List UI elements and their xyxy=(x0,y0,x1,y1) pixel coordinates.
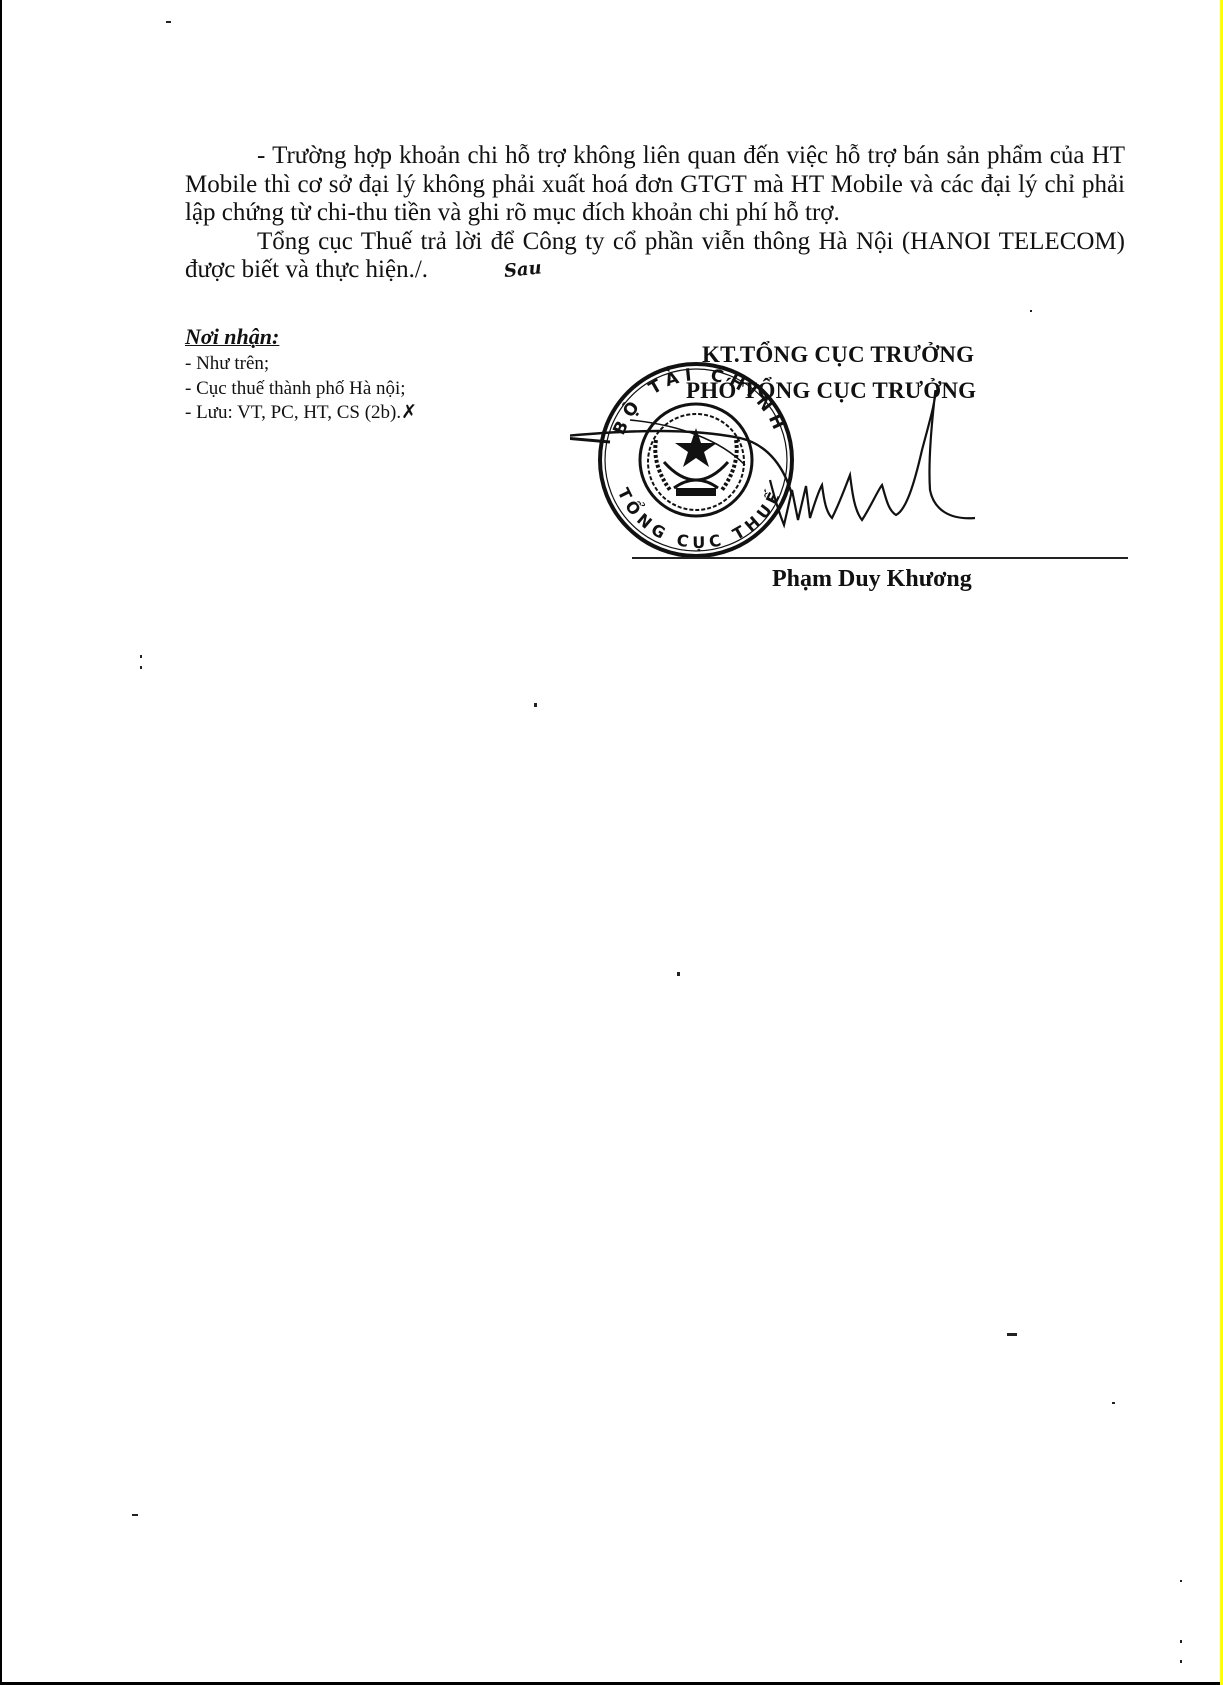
handwritten-signature xyxy=(570,390,1070,550)
recipient-item: - Cục thuế thành phố Hà nội; xyxy=(185,377,417,402)
scan-speck xyxy=(677,972,680,976)
scan-speck xyxy=(1180,1640,1182,1643)
scan-speck xyxy=(1030,310,1032,312)
scan-speck xyxy=(534,703,537,707)
scan-speck xyxy=(166,21,171,23)
letter-body: - Trường hợp khoản chi hỗ trợ không liên… xyxy=(185,142,1125,287)
signer-name: Phạm Duy Khương xyxy=(772,566,972,593)
scan-speck xyxy=(140,655,142,658)
signature-title-line-1: KT.TỔNG CỤC TRƯỞNG xyxy=(702,342,974,368)
recipient-item: - Như trên; xyxy=(185,352,417,377)
scan-speck xyxy=(1180,1660,1182,1663)
recipients-block: Nơi nhận: - Như trên; - Cục thuế thành p… xyxy=(185,324,417,426)
scan-speck xyxy=(1007,1333,1017,1336)
document-page: - Trường hợp khoản chi hỗ trợ không liên… xyxy=(0,0,1223,1685)
paragraph-support-expense: - Trường hợp khoản chi hỗ trợ không liên… xyxy=(185,142,1125,228)
paragraph-closing: Tổng cục Thuế trả lời để Công ty cổ phần… xyxy=(185,228,1125,287)
scan-speck xyxy=(1180,1580,1182,1582)
signature-title-line-2: PHÓ TỔNG CỤC TRƯỞNG xyxy=(686,378,976,404)
scan-speck xyxy=(1112,1402,1115,1404)
closing-text: Tổng cục Thuế trả lời để Công ty cổ phần… xyxy=(185,228,1125,284)
handwritten-initials: Sau xyxy=(431,255,543,295)
recipient-item: - Lưu: VT, PC, HT, CS (2b).✗ xyxy=(185,401,417,426)
scan-speck xyxy=(140,666,142,669)
scan-border-left xyxy=(0,0,2,1685)
signature-underline xyxy=(632,557,1128,559)
scan-speck xyxy=(132,1514,138,1516)
recipients-label: Nơi nhận: xyxy=(185,324,417,350)
